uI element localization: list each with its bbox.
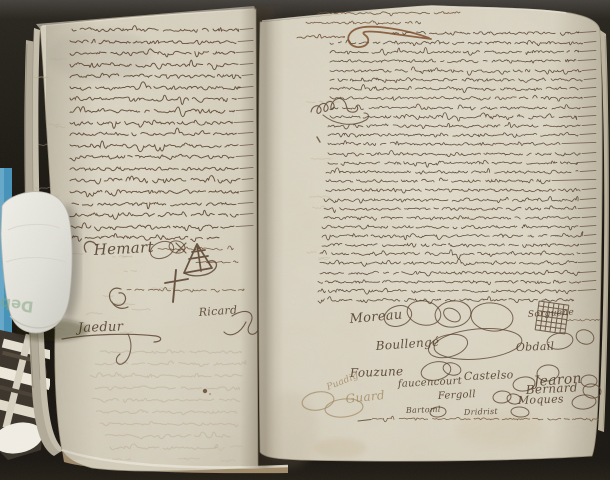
manuscript-scan: HemartRicardJaedurMoreauSorgueneBoulleng… (0, 0, 610, 480)
scan-grain (0, 0, 610, 480)
manuscript-scan-viewport: HemartRicardJaedurMoreauSorgueneBoulleng… (0, 0, 610, 480)
